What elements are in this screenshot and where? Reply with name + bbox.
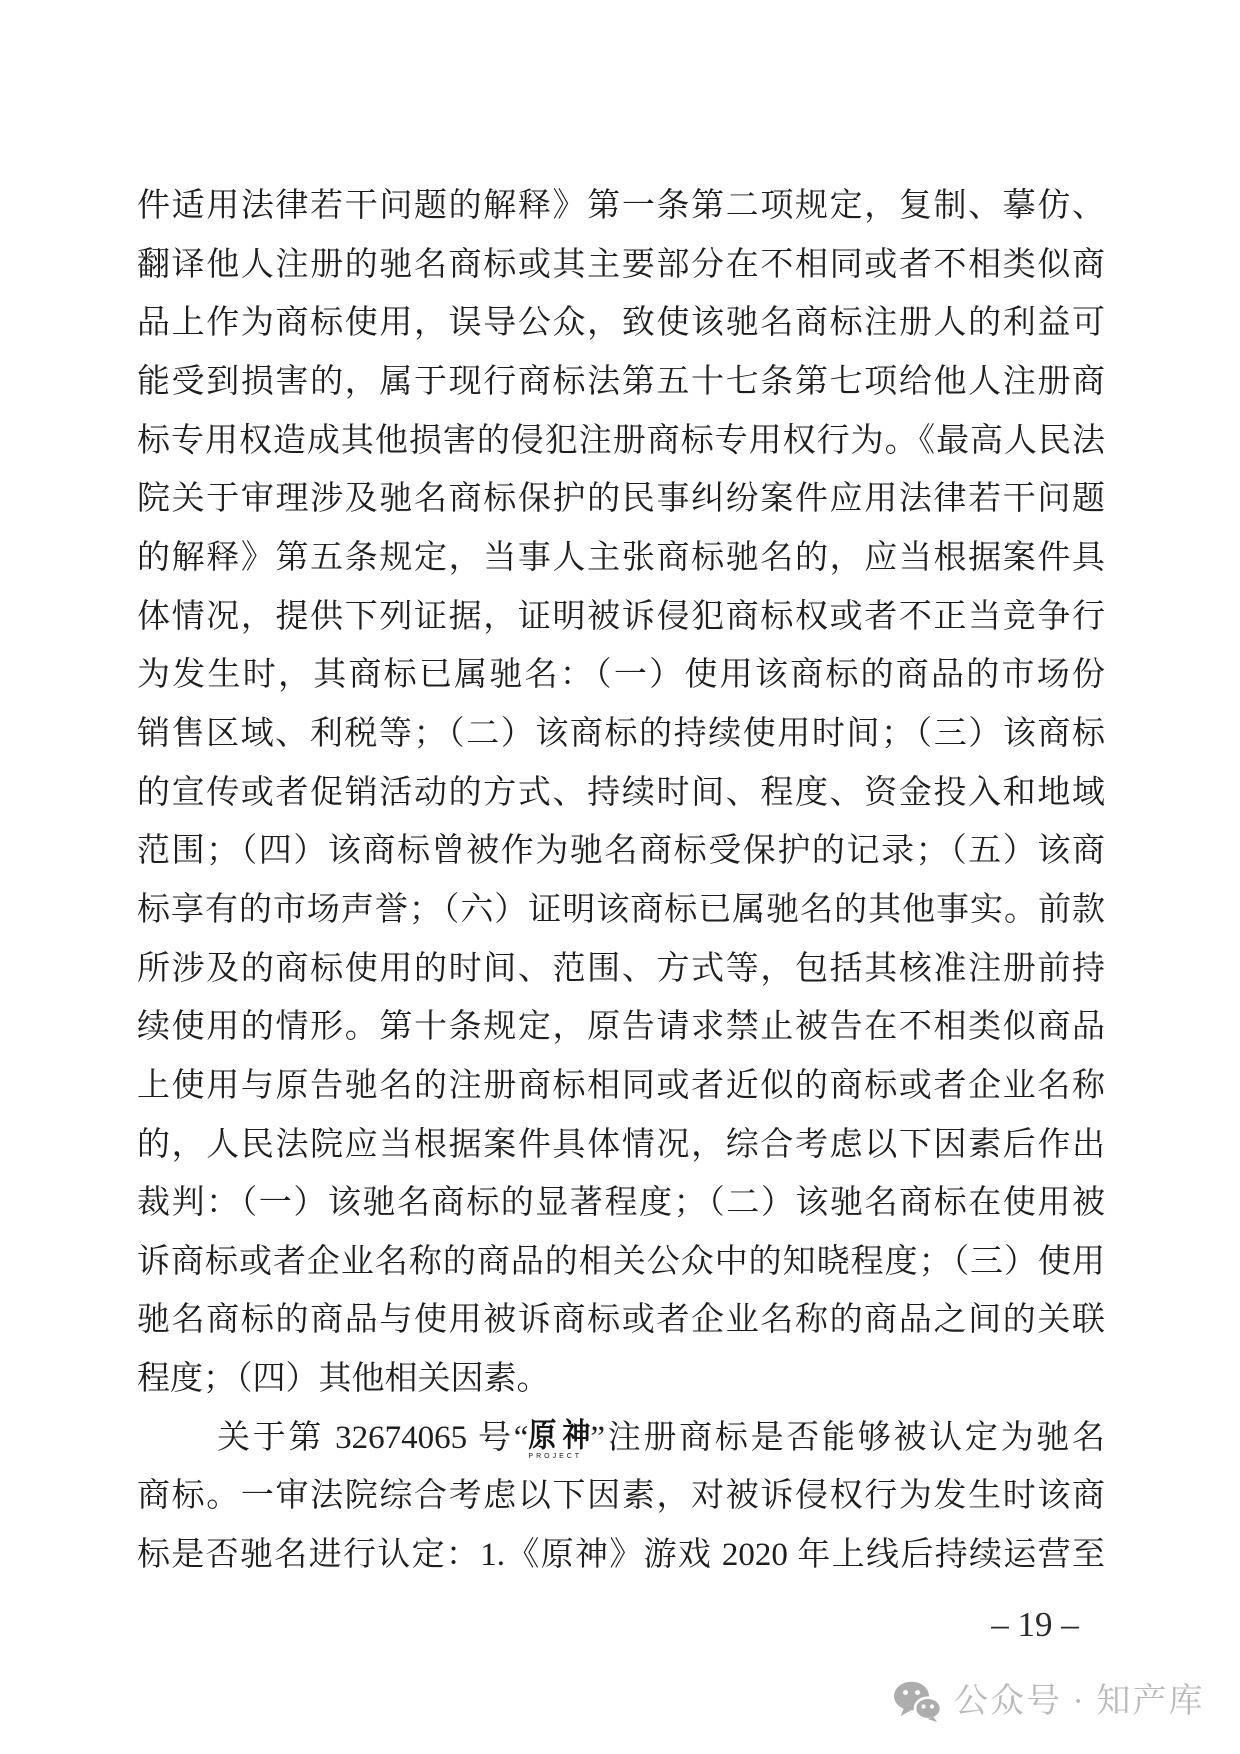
text-line: 的解释》第五条规定，当事人主张商标驰名的，应当根据案件具 bbox=[137, 529, 1105, 588]
text-line: 翻译他人注册的驰名商标或其主要部分在不相同或者不相类似商 bbox=[137, 236, 1105, 295]
text-line-paragraph-end: 程度；（四）其他相关因素。 bbox=[137, 1350, 1105, 1409]
trademark-suffix-text: ”注册商标是否能够被认定为驰名 bbox=[590, 1420, 1105, 1456]
text-line: 标享有的市场声誉；（六）证明该商标已属驰名的其他事实。前款 bbox=[137, 881, 1105, 940]
trademark-number-text: 关于第 32674065 号“ bbox=[217, 1420, 528, 1456]
watermark: 公众号 · 知产库 bbox=[893, 1681, 1204, 1722]
text-line: 续使用的情形。第十条规定，原告请求禁止被告在不相类似商品 bbox=[137, 998, 1105, 1057]
genshin-logo-characters: 原神 bbox=[528, 1420, 590, 1455]
text-line: 裁判：（一）该驰名商标的显著程度；（二）该驰名商标在使用被 bbox=[137, 1174, 1105, 1233]
text-line: 的，人民法院应当根据案件具体情况，综合考虑以下因素后作出 bbox=[137, 1116, 1105, 1175]
text-line: 体情况，提供下列证据，证明被诉侵犯商标权或者不正当竞争行 bbox=[137, 588, 1105, 647]
text-line: 的宣传或者促销活动的方式、持续时间、程度、资金投入和地域 bbox=[137, 764, 1105, 823]
text-line: 销售区域、利税等；（二）该商标的持续使用时间；（三）该商标 bbox=[137, 705, 1105, 764]
text-line: 标是否驰名进行认定：1.《原神》游戏 2020 年上线后持续运营至 bbox=[137, 1526, 1105, 1585]
text-line: 驰名商标的商品与使用被诉商标或者企业名称的商品之间的关联 bbox=[137, 1291, 1105, 1350]
text-line: 上使用与原告驰名的注册商标相同或者近似的商标或者企业名称 bbox=[137, 1057, 1105, 1116]
document-page: 件适用法律若干问题的解释》第一条第二项规定，复制、摹仿、 翻译他人注册的驰名商标… bbox=[0, 0, 1240, 1754]
judgment-body-text: 件适用法律若干问题的解释》第一条第二项规定，复制、摹仿、 翻译他人注册的驰名商标… bbox=[137, 177, 1105, 1585]
text-line: 品上作为商标使用，误导公众，致使该驰名商标注册人的利益可 bbox=[137, 294, 1105, 353]
text-line: 诉商标或者企业名称的商品的相关公众中的知晓程度；（三）使用 bbox=[137, 1233, 1105, 1292]
text-line: 件适用法律若干问题的解释》第一条第二项规定，复制、摹仿、 bbox=[137, 177, 1105, 236]
text-line: 院关于审理涉及驰名商标保护的民事纠纷案件应用法律若干问题 bbox=[137, 470, 1105, 529]
text-line: 能受到损害的，属于现行商标法第五十七条第七项给他人注册商 bbox=[137, 353, 1105, 412]
text-line: 所涉及的商标使用的时间、范围、方式等，包括其核准注册前持 bbox=[137, 940, 1105, 999]
text-line: 范围；（四）该商标曾被作为驰名商标受保护的记录；（五）该商 bbox=[137, 822, 1105, 881]
text-line: 为发生时，其商标已属驰名：（一）使用该商标的商品的市场份额、 bbox=[137, 646, 1105, 705]
page-number: – 19 – bbox=[975, 1603, 1095, 1647]
text-line: 标专用权造成其他损害的侵犯注册商标专用权行为。《最高人民法 bbox=[137, 412, 1105, 471]
wechat-icon bbox=[893, 1681, 942, 1722]
genshin-trademark-logo: 原神PROJECT bbox=[528, 1422, 590, 1461]
watermark-text: 公众号 · 知产库 bbox=[954, 1682, 1204, 1722]
text-line-with-logo: 关于第 32674065 号“原神PROJECT”注册商标是否能够被认定为驰名 bbox=[137, 1409, 1105, 1468]
text-line: 商标。一审法院综合考虑以下因素，对被诉侵权行为发生时该商 bbox=[137, 1467, 1105, 1526]
